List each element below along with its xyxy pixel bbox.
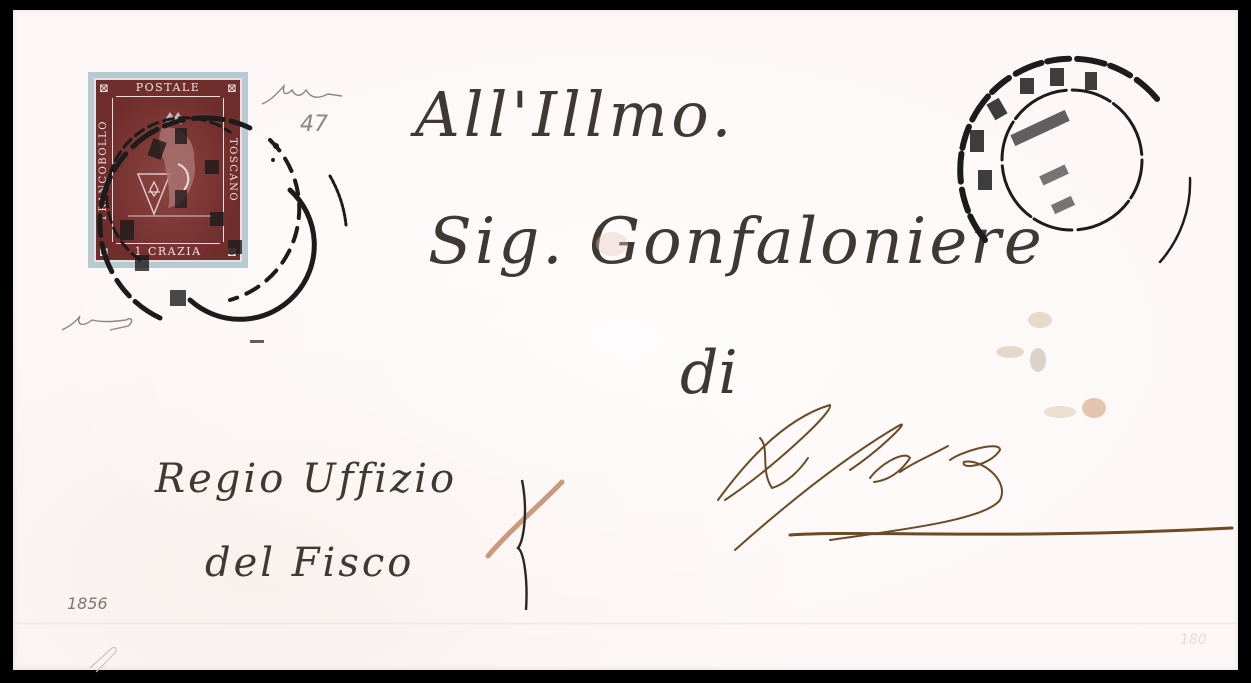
postage-stamp: ⊠ ⊠ ⊠ ⊠ POSTALE FRANCOBOLLO TOSCANO 1 CR… — [88, 72, 248, 268]
address-line-2: Sig. Gonfaloniere — [428, 205, 1045, 279]
stamp-corner-icon: ⊠ — [96, 80, 112, 96]
stamp-right-text: TOSCANO — [223, 98, 240, 242]
stamp-corner-icon: ⊠ — [96, 244, 112, 260]
stamp-bottom-text: 1 CRAZIA — [116, 243, 220, 260]
stamp-corner-icon: ⊠ — [224, 244, 240, 260]
sender-line-2: del Fisco — [205, 540, 414, 586]
address-line-1: All'Illmo. — [415, 78, 735, 151]
address-line-3: di — [680, 338, 738, 408]
fold-line — [13, 622, 1238, 625]
stamp-corner-icon: ⊠ — [224, 80, 240, 96]
pencil-year-note: 1856 — [67, 594, 108, 613]
lion-with-shield-icon — [118, 104, 222, 232]
stamp-left-text: FRANCOBOLLO — [96, 98, 113, 242]
stamp-frame: ⊠ ⊠ ⊠ ⊠ POSTALE FRANCOBOLLO TOSCANO 1 CR… — [94, 78, 242, 262]
pencil-faint-note: 180 — [1180, 632, 1207, 648]
pencil-number-note: 47 — [300, 112, 328, 137]
sender-line-1: Regio Uffizio — [155, 456, 457, 502]
stamp-top-text: POSTALE — [116, 80, 220, 97]
